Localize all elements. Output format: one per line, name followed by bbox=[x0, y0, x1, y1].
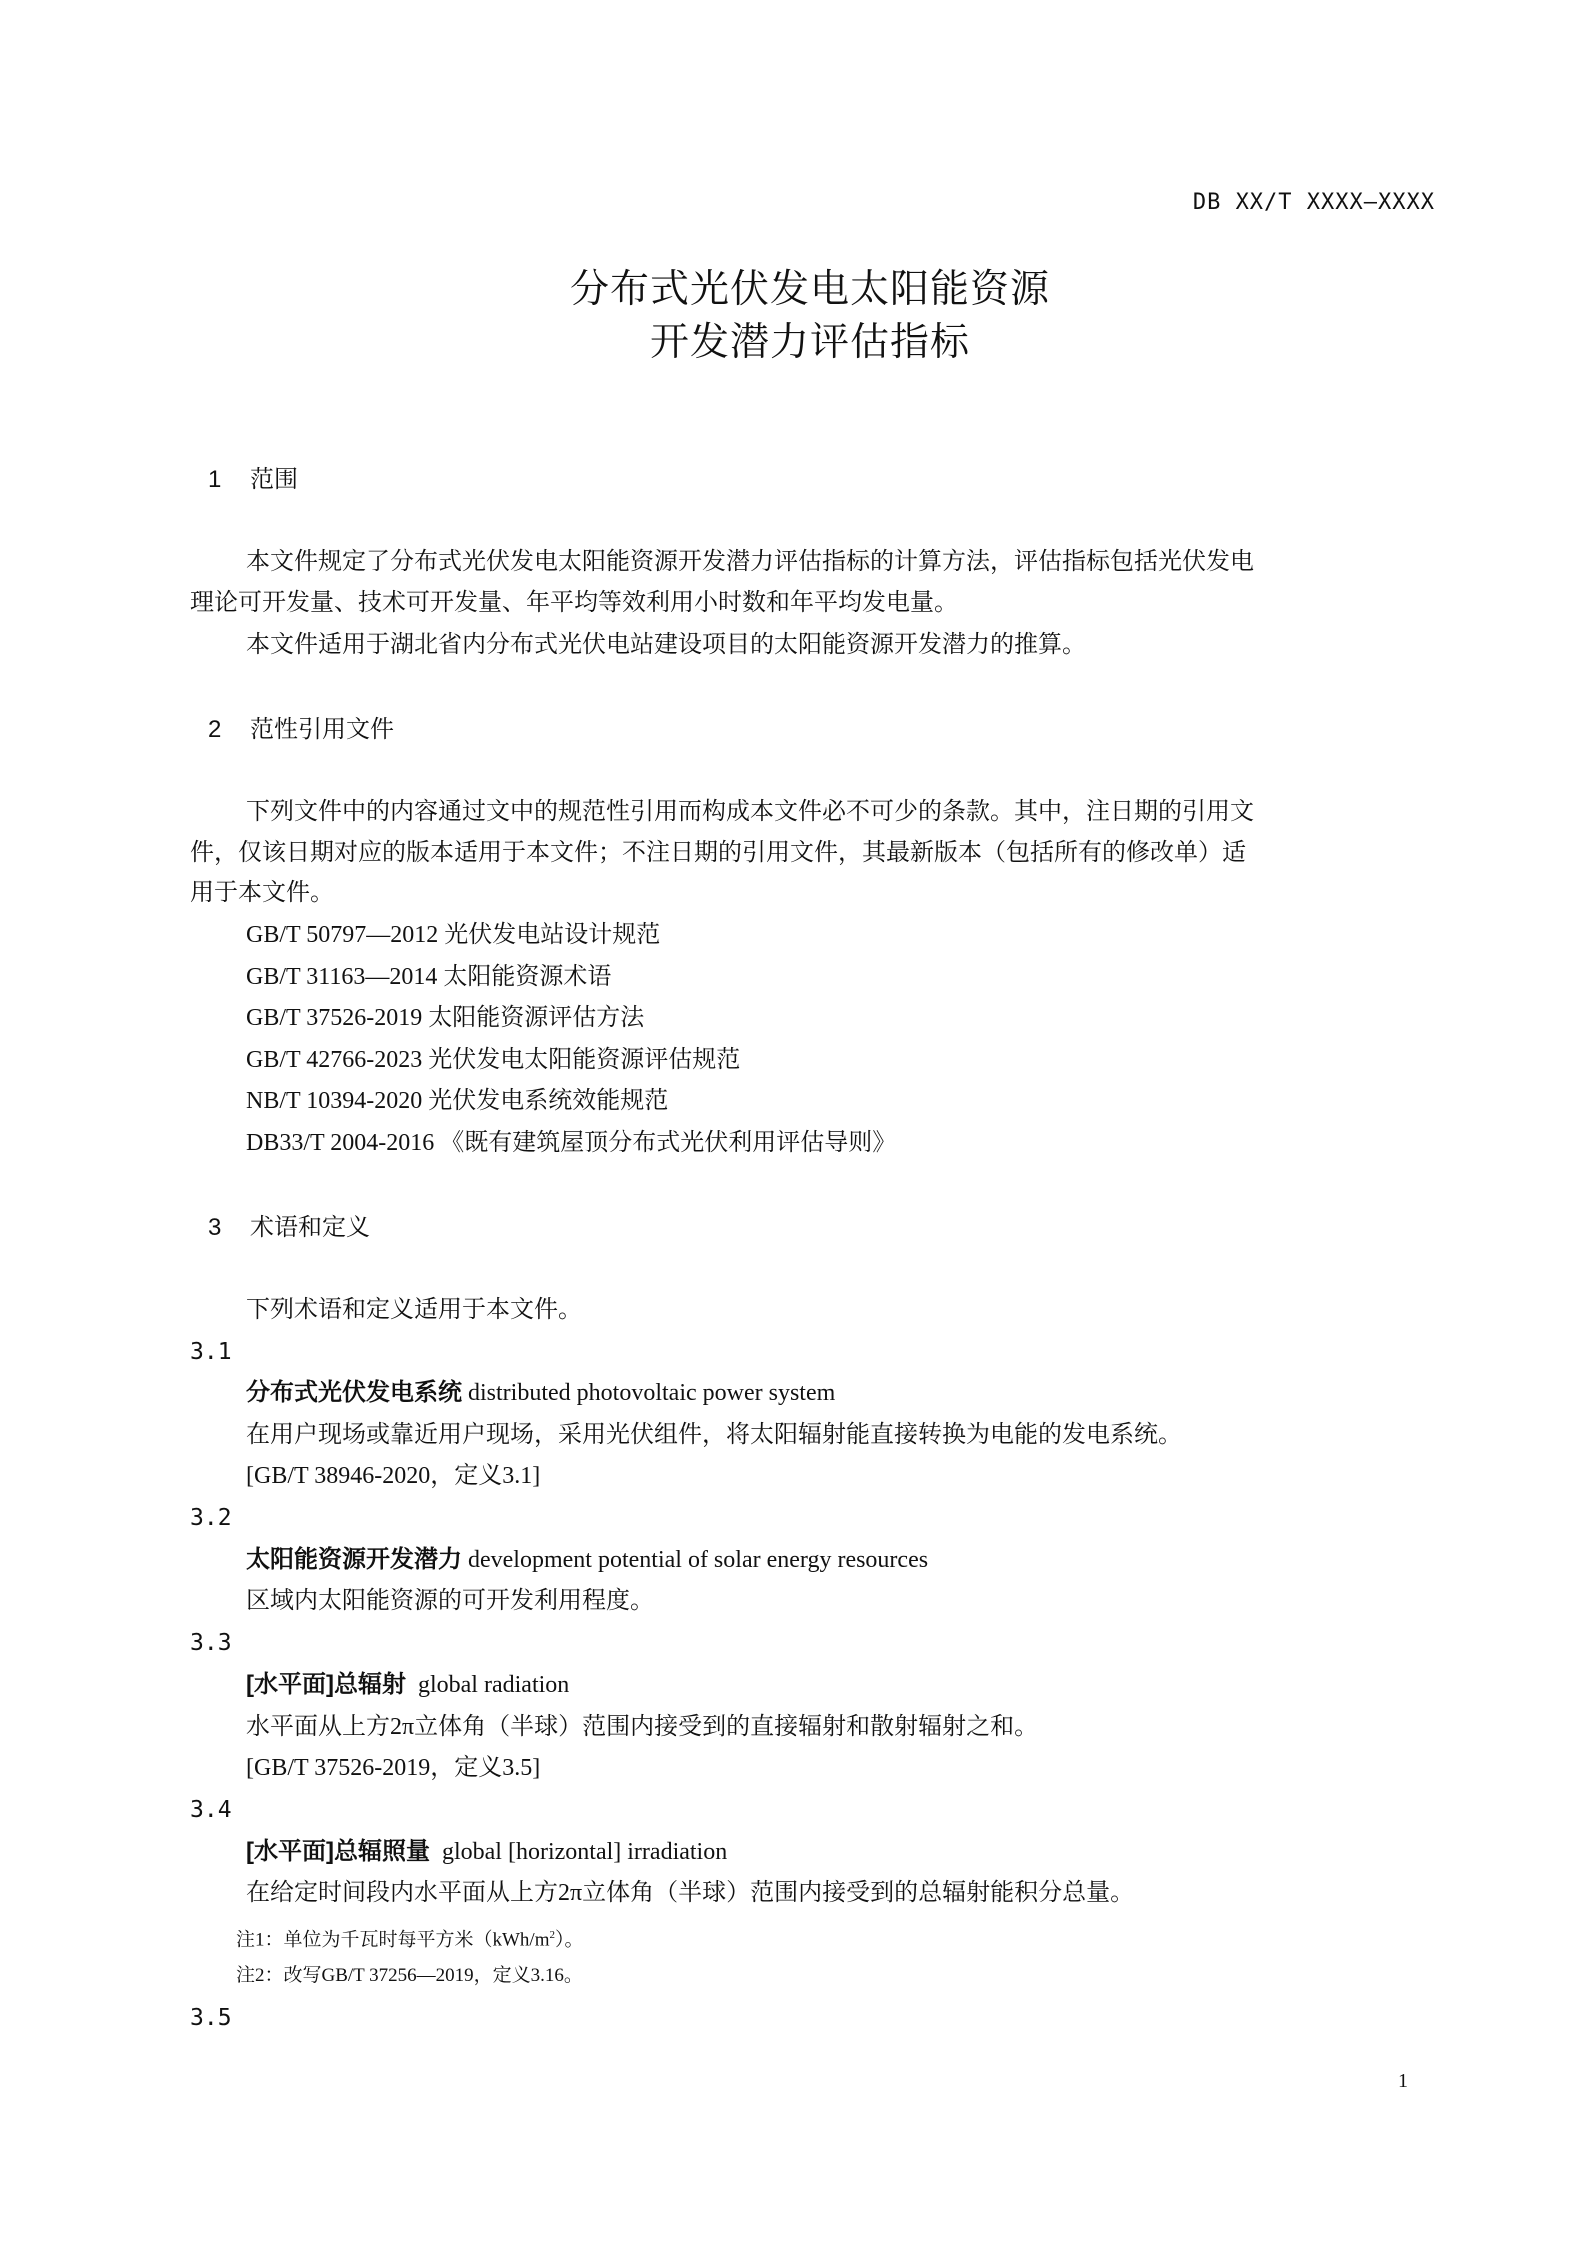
section-2-paragraph-line-1: 下列文件中的内容通过文中的规范性引用而构成本文件必不可少的条款。其中，注日期的引… bbox=[246, 797, 1254, 827]
section-1-paragraph-1-line-2: 理论可开发量、技术可开发量、年平均等效利用小时数和年平均发电量。 bbox=[190, 588, 958, 618]
section-number: 2 bbox=[208, 715, 250, 745]
clause-number: 3.5 bbox=[190, 2003, 232, 2033]
section-3-intro: 下列术语和定义适用于本文件。 bbox=[246, 1295, 582, 1325]
section-1-paragraph-1-line-1: 本文件规定了分布式光伏发电太阳能资源开发潜力评估指标的计算方法，评估指标包括光伏… bbox=[246, 547, 1254, 577]
term-definition: 水平面从上方2π立体角（半球）范围内接受到的直接辐射和散射辐射之和。 bbox=[246, 1712, 1038, 1742]
clause-number: 3.4 bbox=[190, 1795, 232, 1825]
term-definition: 在用户现场或靠近用户现场，采用光伏组件，将太阳辐射能直接转换为电能的发电系统。 bbox=[246, 1420, 1182, 1450]
term-source: [GB/T 37526-2019，定义3.5] bbox=[246, 1753, 540, 1783]
reference-item: GB/T 42766-2023 光伏发电太阳能资源评估规范 bbox=[246, 1045, 740, 1075]
section-title: 术语和定义 bbox=[250, 1214, 370, 1241]
reference-item: GB/T 37526-2019 太阳能资源评估方法 bbox=[246, 1003, 644, 1033]
section-2-paragraph-line-2: 件，仅该日期对应的版本适用于本文件；不注日期的引用文件，其最新版本（包括所有的修… bbox=[190, 838, 1246, 868]
note-1-text: 注1：单位为千瓦时每平方米（kWh/m bbox=[236, 1929, 550, 1950]
reference-item: GB/T 31163—2014 太阳能资源术语 bbox=[246, 962, 611, 992]
document-title-line1: 分布式光伏发电太阳能资源 bbox=[0, 266, 1587, 314]
term-english: global [horizontal] irradiation bbox=[430, 1839, 727, 1865]
section-1-heading: 1范围 bbox=[208, 465, 298, 495]
term-chinese: [水平面]总辐射 bbox=[246, 1671, 406, 1698]
note-1: 注1：单位为千瓦时每平方米（kWh/m2）。 bbox=[236, 1922, 584, 1953]
section-number: 3 bbox=[208, 1213, 250, 1243]
term-english: global radiation bbox=[406, 1672, 569, 1698]
clause-number: 3.3 bbox=[190, 1628, 232, 1658]
term-english: development potential of solar energy re… bbox=[462, 1547, 928, 1573]
term-title: 分布式光伏发电系统 distributed photovoltaic power… bbox=[246, 1378, 835, 1408]
term-title: [水平面]总辐射 global radiation bbox=[246, 1670, 569, 1700]
term-title: 太阳能资源开发潜力 development potential of solar… bbox=[246, 1545, 928, 1575]
document-title-line2: 开发潜力评估指标 bbox=[0, 319, 1587, 367]
term-chinese: 分布式光伏发电系统 bbox=[246, 1379, 462, 1406]
reference-item: GB/T 50797—2012 光伏发电站设计规范 bbox=[246, 920, 660, 950]
note-2: 注2：改写GB/T 37256—2019，定义3.16。 bbox=[236, 1963, 583, 1989]
term-chinese: 太阳能资源开发潜力 bbox=[246, 1546, 462, 1573]
section-2-heading: 2范性引用文件 bbox=[208, 715, 394, 745]
term-chinese: [水平面]总辐照量 bbox=[246, 1838, 430, 1865]
standard-code: DB XX/T XXXX—XXXX bbox=[1193, 190, 1435, 215]
clause-number: 3.1 bbox=[190, 1337, 232, 1367]
term-definition: 区域内太阳能资源的可开发利用程度。 bbox=[246, 1586, 654, 1616]
clause-number: 3.2 bbox=[190, 1503, 232, 1533]
section-title: 范围 bbox=[250, 466, 298, 493]
term-title: [水平面]总辐照量 global [horizontal] irradiatio… bbox=[246, 1837, 727, 1867]
section-title: 范性引用文件 bbox=[250, 716, 394, 743]
term-source: [GB/T 38946-2020，定义3.1] bbox=[246, 1461, 540, 1491]
section-3-heading: 3术语和定义 bbox=[208, 1213, 370, 1243]
term-definition: 在给定时间段内水平面从上方2π立体角（半球）范围内接受到的总辐射能积分总量。 bbox=[246, 1878, 1134, 1908]
reference-item: NB/T 10394-2020 光伏发电系统效能规范 bbox=[246, 1086, 668, 1116]
section-1-paragraph-2: 本文件适用于湖北省内分布式光伏电站建设项目的太阳能资源开发潜力的推算。 bbox=[246, 630, 1086, 660]
section-2-paragraph-line-3: 用于本文件。 bbox=[190, 878, 334, 908]
page-number: 1 bbox=[1398, 2070, 1408, 2093]
reference-item: DB33/T 2004-2016 《既有建筑屋顶分布式光伏利用评估导则》 bbox=[246, 1128, 896, 1158]
note-1-suffix: ）。 bbox=[555, 1929, 584, 1950]
term-english: distributed photovoltaic power system bbox=[462, 1380, 835, 1406]
section-number: 1 bbox=[208, 465, 250, 495]
